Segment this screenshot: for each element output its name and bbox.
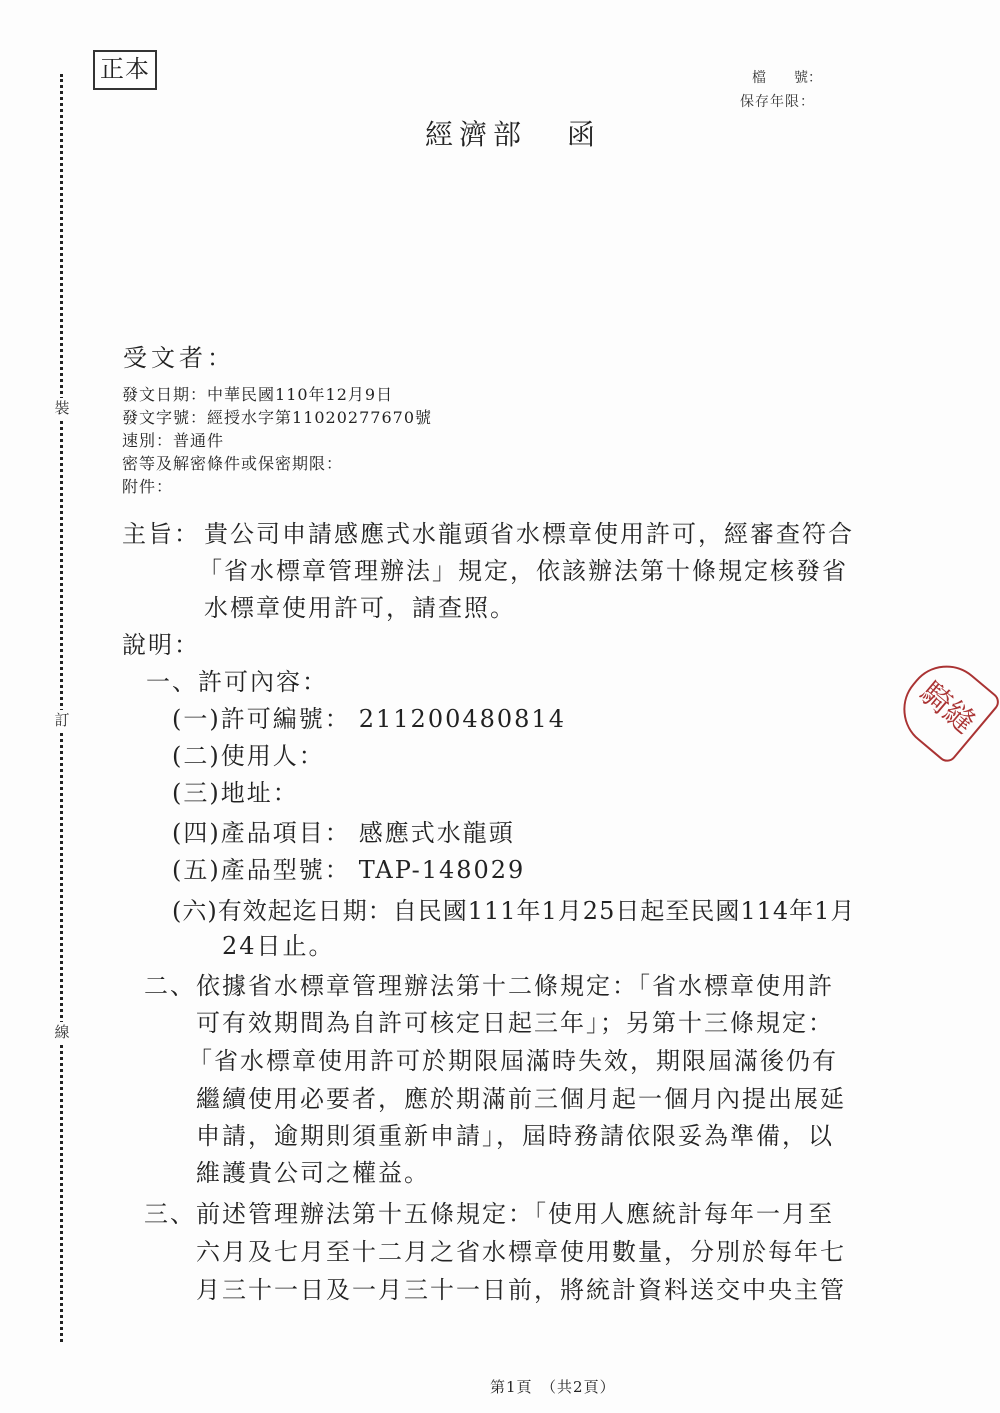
document-type: 函 <box>567 118 601 151</box>
file-number-label: 檔 號： <box>752 66 822 90</box>
product-model-value: TAP-148029 <box>359 856 526 884</box>
binding-line <box>60 74 63 1342</box>
field-attachment: 附件： <box>122 475 432 498</box>
field-issue-date: 發文日期：中華民國110年12月9日 <box>122 383 432 406</box>
validity-line-1: (六)有效起迄日期：自民國111年1月25日起至民國114年1月 <box>172 893 855 929</box>
user-row: (二)使用人： <box>172 738 325 774</box>
binding-mark-ding: 訂 <box>52 710 72 730</box>
binding-mark-zhuang: 裝 <box>52 398 72 418</box>
subject-line-1: 貴公司申請感應式水龍頭省水標章使用許可，經審查符合 <box>204 516 854 552</box>
recipient-label: 受文者： <box>123 338 235 373</box>
field-classification: 密等及解密條件或保密期限： <box>122 452 432 475</box>
original-copy-stamp: 正本 <box>93 50 157 90</box>
section-3-line-3: 月三十一日及一月三十一日前，將統計資料送交中央主管 <box>196 1272 846 1308</box>
issuing-agency: 經濟部 <box>425 118 527 151</box>
perforation-seal-stamp: 騎縫 <box>887 649 1000 766</box>
subject-label: 主旨： <box>122 516 200 552</box>
document-number-value: 經授水字第11020277670號 <box>207 408 432 427</box>
urgency-value: 普通件 <box>173 431 224 450</box>
header-fields: 發文日期：中華民國110年12月9日 發文字號：經授水字第11020277670… <box>122 383 432 498</box>
document-title: 經濟部函 <box>425 113 601 153</box>
page-number: 第1頁 （共2頁） <box>490 1376 616 1397</box>
retention-period-label: 保存年限： <box>740 90 815 114</box>
permit-number-value: 211200480814 <box>359 705 566 733</box>
section-2-line-3: 「省水標章使用許可於期限屆滿時失效，期限屆滿後仍有 <box>188 1043 838 1079</box>
subject-line-2: 「省水標章管理辦法」規定，依該辦法第十條規定核發省 <box>198 553 848 589</box>
section-3-line-2: 六月及七月至十二月之省水標章使用數量，分別於每年七 <box>196 1234 846 1270</box>
product-item-row: (四)產品項目：感應式水龍頭 <box>172 815 515 851</box>
permit-number-row: (一)許可編號：211200480814 <box>172 701 566 737</box>
section-2-line-1: 二、依據省水標章管理辦法第十二條規定：「省水標章使用許 <box>144 968 834 1004</box>
issue-date-value: 中華民國110年12月9日 <box>207 385 393 404</box>
section-3-line-1: 三、前述管理辦法第十五條規定：「使用人應統計每年一月至 <box>144 1196 834 1232</box>
field-urgency: 速別：普通件 <box>122 429 432 452</box>
section-1-heading: 一、許可內容： <box>146 664 328 700</box>
field-document-number: 發文字號：經授水字第11020277670號 <box>122 406 432 429</box>
address-row: (三)地址： <box>172 775 299 811</box>
subject-line-3: 水標章使用許可，請查照。 <box>204 590 516 626</box>
product-model-row: (五)產品型號：TAP-148029 <box>172 852 525 888</box>
section-2-line-5: 申請，逾期則須重新申請」，屆時務請依限妥為準備，以 <box>196 1118 834 1154</box>
product-item-value: 感應式水龍頭 <box>359 819 515 847</box>
binding-mark-xian: 線 <box>52 1022 72 1042</box>
explanation-label: 說明： <box>122 627 200 663</box>
section-2-line-6: 維護貴公司之權益。 <box>196 1155 430 1191</box>
section-2-line-4: 繼續使用必要者，應於期滿前三個月起一個月內提出展延 <box>196 1081 846 1117</box>
validity-line-2: 24日止。 <box>222 928 335 964</box>
section-2-line-2: 可有效期間為自許可核定日起三年」；另第十三條規定： <box>196 1005 834 1041</box>
